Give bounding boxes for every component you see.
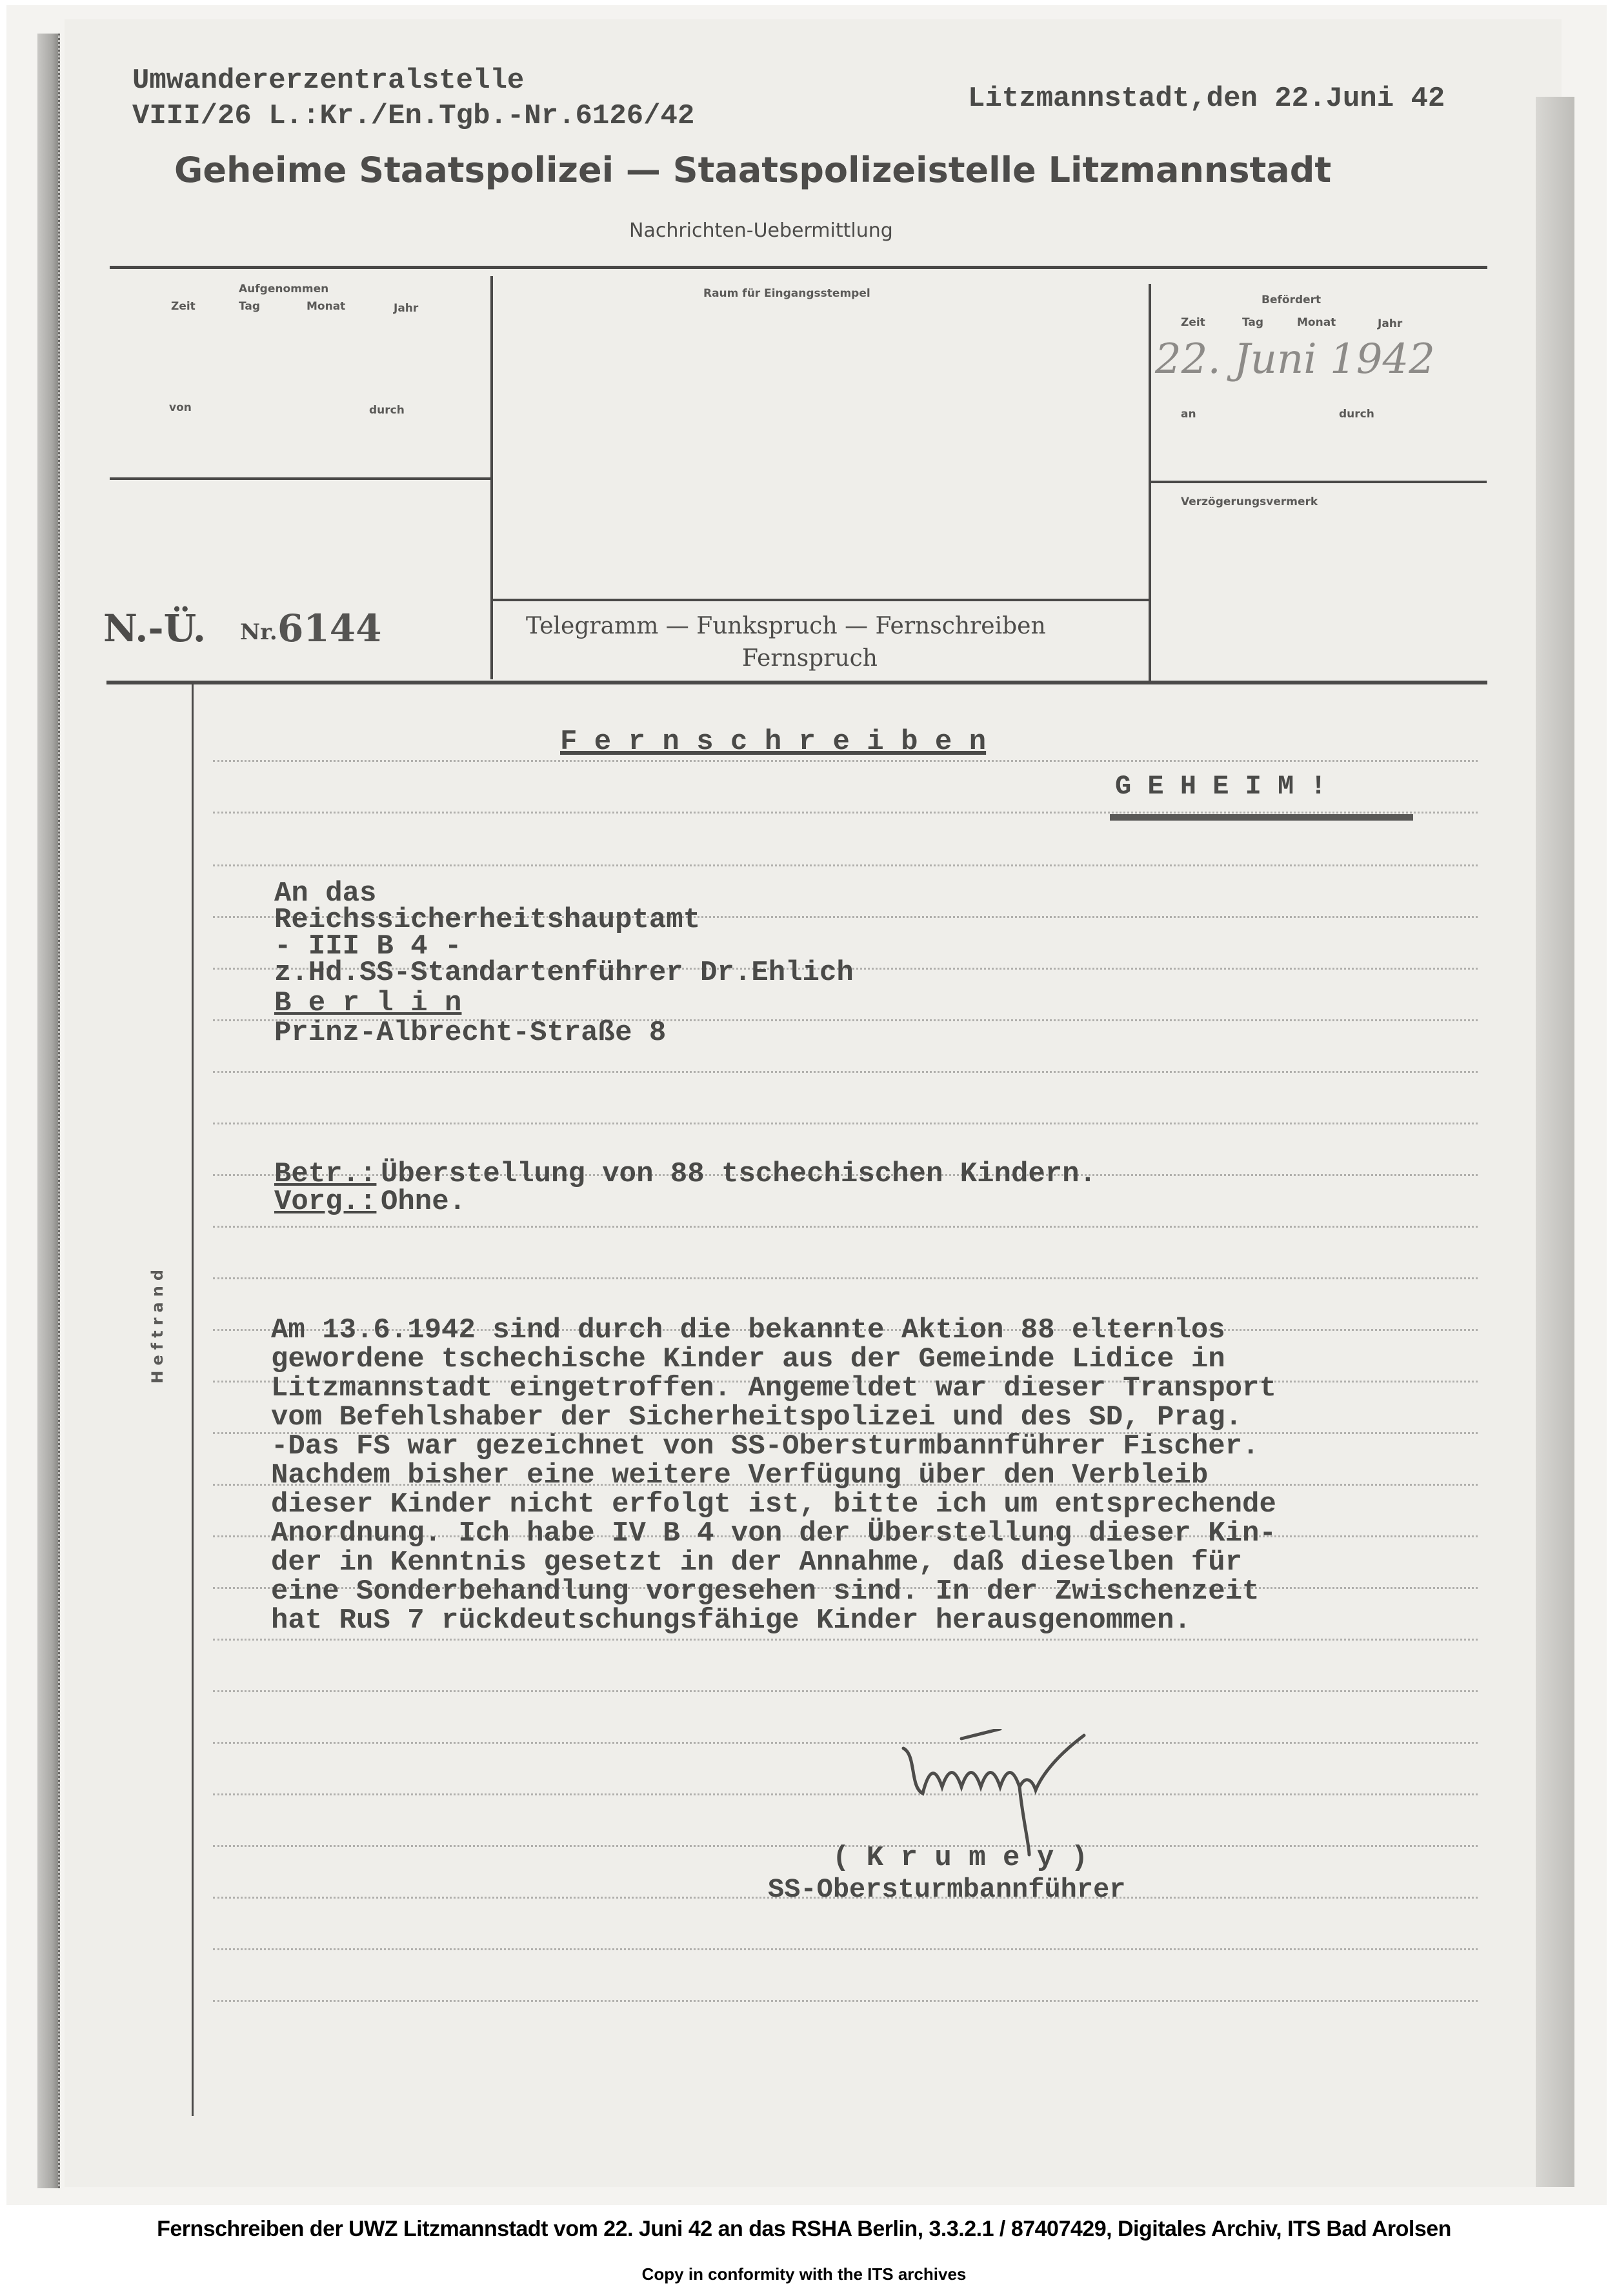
form-bottom-rule [106, 681, 1487, 684]
message-body: Am 13.6.1942 sind durch die bekannte Akt… [271, 1316, 1276, 1635]
body-line: Am 13.6.1942 sind durch die bekannte Akt… [271, 1316, 1276, 1345]
ruled-line [213, 760, 1478, 762]
classification-label: G E H E I M ! [1115, 771, 1327, 802]
binding-margin-label: Heftrand [148, 1264, 166, 1384]
body-line: -Das FS war gezeichnet von SS-Obersturmb… [271, 1432, 1276, 1461]
signatory-rank: SS-Obersturmbannführer [768, 1874, 1126, 1905]
message-type-phone: Fernspruch [742, 645, 878, 672]
place-date: Litzmannstadt,den 22.Juni 42 [968, 83, 1445, 115]
received-col-year: Jahr [394, 302, 418, 315]
received-rule [110, 477, 490, 480]
ruled-line [213, 1277, 1478, 1279]
reference-label: Vorg.: [274, 1186, 376, 1218]
recipient-city: B e r l i n [274, 986, 854, 1020]
received-heading: Aufgenommen [239, 283, 328, 295]
agency-title: Geheime Staatspolizei — Staatspolizeiste… [174, 150, 1331, 190]
body-line: hat RuS 7 rückdeutschungsfähige Kinder h… [271, 1606, 1276, 1635]
body-line: eine Sonderbehandlung vorgesehen sind. I… [271, 1577, 1276, 1606]
ruled-line [213, 1226, 1478, 1228]
body-line: gewordene tschechische Kinder aus der Ge… [271, 1345, 1276, 1374]
stamp-area-label: Raum für Eingangsstempel [703, 287, 870, 300]
reference-number: VIII/26 L.:Kr./En.Tgb.-Nr.6126/42 [132, 100, 694, 132]
forwarded-col-time: Zeit [1181, 316, 1205, 329]
form-subtitle: Nachrichten-Uebermittlung [629, 219, 893, 242]
ruled-line [213, 2000, 1478, 2002]
nr-label: Nr. [240, 619, 277, 645]
body-line: Nachdem bisher eine weitere Verfügung üb… [271, 1461, 1276, 1490]
received-by-label: durch [369, 404, 405, 417]
reference-text: Ohne. [381, 1186, 466, 1218]
ruled-line [213, 1690, 1478, 1692]
received-col-time: Zeit [171, 300, 196, 313]
recipient-line: An das [274, 881, 854, 907]
received-col-month: Monat [307, 300, 345, 313]
forwarded-date-stamp: 22. Juni 1942 [1155, 335, 1435, 383]
ruled-line [213, 864, 1478, 866]
received-from-label: von [169, 401, 192, 414]
forwarded-col-year: Jahr [1378, 317, 1402, 330]
message-types: Telegramm — Funkspruch — Fernschreiben [526, 613, 1046, 639]
ruled-line [213, 812, 1478, 814]
binding-margin-line [192, 684, 194, 2116]
body-line: vom Befehlshaber der Sicherheitspolizei … [271, 1403, 1276, 1432]
ruled-line [213, 1123, 1478, 1124]
office-name: Umwandererzentralstelle [132, 65, 524, 97]
classification-underline [1110, 814, 1413, 821]
message-type-heading: F e r n s c h r e i b e n [560, 726, 986, 758]
conformity-note: Copy in conformity with the ITS archives [0, 2264, 1608, 2284]
recipient-line: Reichssicherheitshauptamt [274, 907, 854, 933]
body-line: Anordnung. Ich habe IV B 4 von der Übers… [271, 1519, 1276, 1548]
delay-note-label: Verzögerungsvermerk [1181, 495, 1318, 508]
paper-shadow [1536, 97, 1574, 2187]
ruled-line [213, 1071, 1478, 1073]
perforated-edge [37, 34, 60, 2188]
nue-label: N.-Ü. [103, 606, 206, 650]
recipient-street: Prinz-Albrecht-Straße 8 [274, 1020, 854, 1046]
forwarded-rule [1151, 481, 1487, 483]
body-line: Litzmannstadt eingetroffen. Angemeldet w… [271, 1374, 1276, 1403]
body-line: der in Kenntnis gesetzt in der Annahme, … [271, 1548, 1276, 1577]
form-top-rule [110, 266, 1487, 269]
body-line: dieser Kinder nicht erfolgt ist, bitte i… [271, 1490, 1276, 1519]
nue-number: 6144 [277, 606, 381, 650]
ruled-line [213, 1639, 1478, 1641]
forwarded-to-label: an [1181, 408, 1196, 421]
ruled-line [213, 1793, 1478, 1795]
received-col-day: Tag [239, 300, 260, 313]
subject-text: Überstellung von 88 tschechischen Kinder… [381, 1158, 1096, 1190]
recipient-block: An das Reichssicherheitshauptamt - III B… [274, 881, 854, 1046]
forwarded-col-day: Tag [1242, 316, 1263, 329]
forwarded-heading: Befördert [1261, 294, 1321, 306]
archive-caption: Fernschreiben der UWZ Litzmannstadt vom … [0, 2217, 1608, 2242]
handwritten-signature [890, 1729, 1161, 1858]
ruled-line [213, 1742, 1478, 1744]
form-divider-left [490, 276, 493, 679]
recipient-line: z.Hd.SS-Standartenführer Dr.Ehlich [274, 960, 854, 986]
forwarded-col-month: Monat [1297, 316, 1336, 329]
signatory-name: ( K r u m e y ) [832, 1842, 1088, 1874]
forwarded-by-label: durch [1339, 408, 1374, 421]
stamp-bottom-rule [492, 599, 1150, 601]
ruled-line [213, 1948, 1478, 1950]
form-divider-right [1149, 284, 1151, 684]
recipient-line: - III B 4 - [274, 933, 854, 960]
